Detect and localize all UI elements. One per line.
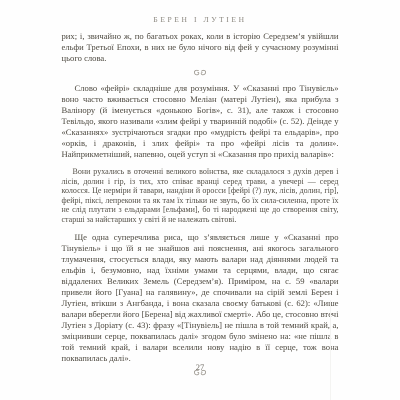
section-divider xyxy=(62,69,339,79)
book-page: БЕРЕН І ЛУТІЕН рих; і, звичайно ж, по ба… xyxy=(0,0,400,400)
fleuron-icon xyxy=(193,64,207,81)
paragraph-continuation: рих; і, звичайно ж, по багатьох роках, к… xyxy=(62,31,339,64)
block-quote: Вони рухались в оточенні великого воїнст… xyxy=(62,167,339,225)
scan-artifact xyxy=(330,300,331,400)
paragraph: Ще одна суперечлива риса, що з’являється… xyxy=(62,232,339,364)
paragraph: Слово «фейрі» складніше для розуміння. У… xyxy=(62,83,339,160)
page-number: 27 xyxy=(0,362,400,372)
page-body: рих; і, звичайно ж, по багатьох роках, к… xyxy=(62,31,339,379)
running-header: БЕРЕН І ЛУТІЕН xyxy=(0,0,400,24)
